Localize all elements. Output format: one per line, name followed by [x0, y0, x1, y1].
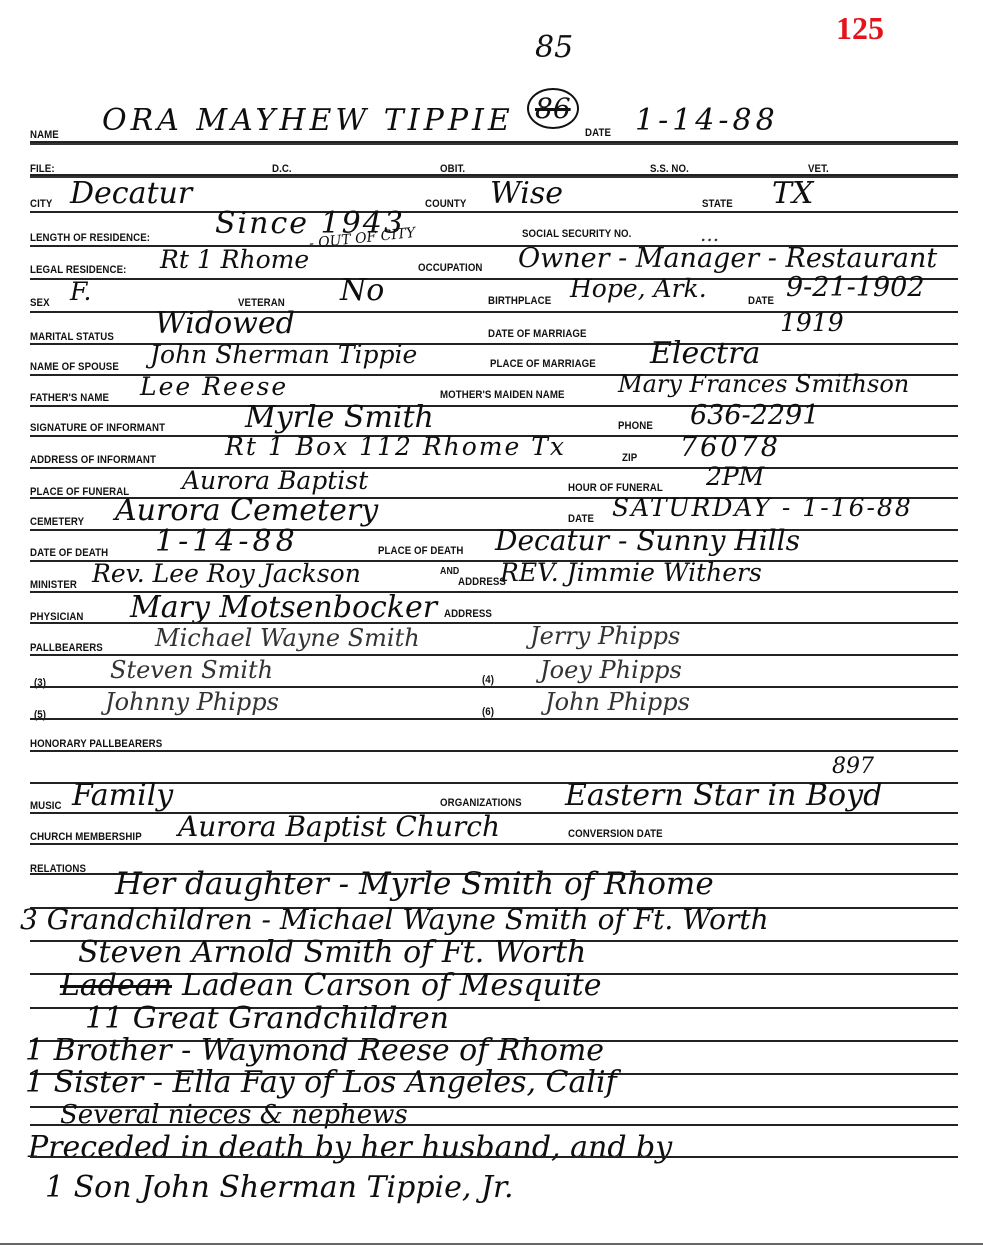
value-birthplace: Hope, Ark. [570, 274, 707, 303]
label-city: CITY [30, 198, 52, 210]
value-sex: F. [70, 277, 91, 306]
label-organizations: ORGANIZATIONS [440, 797, 522, 809]
label-state: STATE [702, 198, 733, 210]
value-veteran: No [340, 273, 384, 308]
label-occupation: OCCUPATION [418, 262, 483, 274]
label-legal-residence: LEGAL RESIDENCE: [30, 264, 126, 276]
rule-church [30, 843, 958, 845]
label-birthplace: BIRTHPLACE [488, 295, 551, 307]
pallbearer-5: Johnny Phipps [105, 688, 279, 716]
relation-line: LadeanLadean Carson of Mesquite [60, 968, 602, 1003]
value-zip: 76078 [680, 432, 781, 463]
relation-line: 1 Brother - Waymond Reese of Rhome [25, 1033, 604, 1068]
value-name: ORA MAYHEW TIPPIE [102, 103, 514, 138]
label-phone: PHONE [618, 420, 653, 432]
label-physician-address: ADDRESS [444, 608, 492, 620]
label-honorary-pallbearers: HONORARY PALLBEARERS [30, 738, 162, 750]
relation-line: Her daughter - Myrle Smith of Rhome [115, 866, 714, 902]
value-cemetery: Aurora Cemetery [115, 493, 378, 528]
pallbearer-6: John Phipps [545, 688, 690, 716]
label-pallbearers: PALLBEARERS [30, 642, 103, 654]
value-name-of-spouse: John Sherman Tippie [150, 340, 417, 369]
pallbearer-3: Steven Smith [110, 656, 273, 684]
file-number-annotation: 897 [832, 754, 874, 779]
label-signature-of-informant: SIGNATURE OF INFORMANT [30, 422, 165, 434]
value-city: Decatur [70, 176, 192, 211]
value-church-membership: Aurora Baptist Church [178, 810, 500, 843]
label-name-of-spouse: NAME OF SPOUSE [30, 361, 119, 373]
age-original-circled: 86 [527, 88, 579, 129]
struck-text: Ladean [60, 968, 172, 1003]
label-minister: MINISTER [30, 579, 77, 591]
value-fathers-name: Lee Reese [140, 372, 288, 401]
label-fathers-name: FATHER'S NAME [30, 392, 109, 404]
rule-relations-8 [30, 1124, 958, 1126]
value-physician: Mary Motsenbocker [130, 590, 437, 625]
value-address-of-informant: Rt 1 Box 112 Rhome Tx [225, 432, 566, 461]
relation-line-text: Ladean Carson of Mesquite [182, 968, 602, 1003]
label-place-of-marriage: PLACE OF MARRIAGE [490, 358, 596, 370]
value-birth-date: 9-21-1902 [786, 272, 925, 303]
rule-name [30, 141, 958, 145]
relation-line: 1 Sister - Ella Fay of Los Angeles, Cali… [25, 1065, 617, 1100]
value-minister: Rev. Lee Roy Jackson [92, 559, 361, 588]
label-address-of-informant: ADDRESS OF INFORMANT [30, 454, 156, 466]
value-legal-residence: Rt 1 Rhome [160, 245, 309, 274]
label-place-of-death: PLACE OF DEATH [378, 545, 463, 557]
label-date: DATE [585, 127, 611, 139]
value-phone: 636-2291 [690, 400, 819, 431]
pallbearer-1: Michael Wayne Smith [155, 624, 420, 652]
label-sex: SEX [30, 297, 50, 309]
value-date-of-marriage: 1919 [780, 308, 844, 337]
label-length-of-residence: LENGTH OF RESIDENCE: [30, 232, 150, 244]
rule-address [30, 467, 958, 469]
value-music: Family [72, 778, 173, 813]
label-date-of-marriage: DATE OF MARRIAGE [488, 328, 587, 340]
page-number: 125 [836, 10, 884, 47]
label-zip: ZIP [622, 452, 637, 464]
label-mothers-maiden-name: MOTHER'S MAIDEN NAME [440, 389, 565, 401]
value-date-of-death: 1-14-88 [155, 524, 299, 559]
label-conversion-date: CONVERSION DATE [568, 828, 663, 840]
relation-line: 1 Son John Sherman Tippie, Jr. [45, 1170, 514, 1205]
label-social-security-no: SOCIAL SECURITY NO. [522, 228, 631, 240]
pallbearer-4: Joey Phipps [540, 656, 682, 684]
value-county: Wise [490, 176, 563, 211]
relation-line: Preceded in death by her husband, and by [28, 1130, 672, 1165]
rule-relations-9 [30, 1156, 958, 1158]
value-hour-of-funeral: 2PM [706, 462, 764, 491]
value-marital-status: Widowed [155, 306, 295, 341]
value-cemetery-date: SATURDAY - 1-16-88 [612, 493, 913, 522]
relation-line: 11 Great Grandchildren [85, 1001, 449, 1036]
label-minister-address: ADDRESS [458, 576, 506, 588]
value-organizations: Eastern Star in Boyd [565, 778, 882, 813]
value-signature-of-informant: Myrle Smith [245, 400, 434, 435]
age-original-value: 86 [535, 92, 571, 125]
label-music: MUSIC [30, 800, 62, 812]
value-place-of-funeral: Aurora Baptist [182, 466, 368, 495]
value-state: TX [772, 176, 813, 211]
value-occupation: Owner - Manager - Restaurant [518, 243, 937, 274]
pallbearer-2: Jerry Phipps [530, 622, 680, 650]
label-church-membership: CHURCH MEMBERSHIP [30, 831, 142, 843]
value-mothers-maiden-name: Mary Frances Smithson [618, 370, 909, 398]
label-pallbearer-6: (6) [482, 706, 494, 718]
relation-line: 3 Grandchildren - Michael Wayne Smith of… [20, 903, 769, 936]
label-birth-date: DATE [748, 295, 774, 307]
age-corrected-annotation: 85 [535, 30, 573, 65]
rule-pallbearers-3 [30, 718, 958, 720]
label-date-of-death: DATE OF DEATH [30, 547, 108, 559]
label-marital-status: MARITAL STATUS [30, 331, 114, 343]
rule-honorary [30, 750, 958, 752]
label-cemetery: CEMETERY [30, 516, 84, 528]
value-date: 1-14-88 [635, 103, 779, 138]
value-place-of-marriage: Electra [650, 336, 760, 371]
label-name: NAME [30, 129, 59, 141]
value-minister-address: REV. Jimmie Withers [500, 558, 762, 587]
relation-line: Steven Arnold Smith of Ft. Worth [78, 935, 586, 970]
rule-city [30, 211, 958, 213]
label-county: COUNTY [425, 198, 466, 210]
minister-and-annotation: AND [440, 566, 459, 577]
value-place-of-death: Decatur - Sunny Hills [495, 524, 800, 557]
relation-line-text: 3 Grandchildren - Michael Wayne Smith of… [20, 903, 769, 936]
label-pallbearer-4: (4) [482, 674, 494, 686]
